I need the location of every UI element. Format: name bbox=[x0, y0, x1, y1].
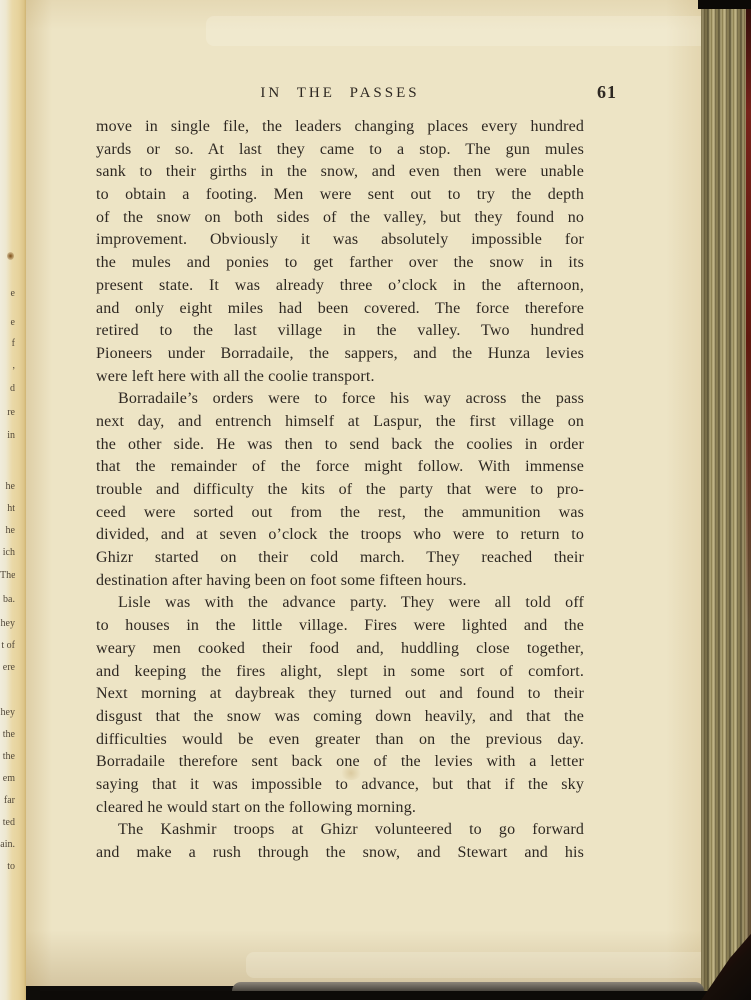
text-line: and only eight miles had been covered. T… bbox=[96, 298, 584, 321]
page-number: 61 bbox=[589, 82, 617, 103]
text-line: difficulties would be even greater than … bbox=[96, 729, 584, 752]
facing-page-text-fragment: The bbox=[0, 570, 15, 581]
scan-light-band bbox=[246, 952, 751, 978]
facing-page-text-fragment: hey bbox=[0, 707, 15, 718]
book-cover-edge bbox=[746, 0, 751, 620]
text-line: trouble and difficulty the kits of the p… bbox=[96, 479, 584, 502]
facing-page-text-fragment: ere bbox=[0, 662, 15, 673]
scan-light-band bbox=[206, 16, 751, 46]
text-line: that the remainder of the force might fo… bbox=[96, 456, 584, 479]
facing-page-text-fragment: d bbox=[0, 383, 15, 394]
text-line: sank to their girths in the snow, and ev… bbox=[96, 161, 584, 184]
text-line: divided, and at seven o’clock the troops… bbox=[96, 524, 584, 547]
text-line: the mules and ponies to get farther over… bbox=[96, 252, 584, 275]
text-line: improvement. Obviously it was absolutely… bbox=[96, 229, 584, 252]
facing-page-text-fragment: to bbox=[0, 861, 15, 872]
facing-page-edge: eef,dreinhehtheichTheba.heyt ofereheythe… bbox=[0, 0, 26, 1000]
bottom-shadow bbox=[40, 991, 751, 1000]
text-line: The Kashmir troops at Ghizr volunteered … bbox=[96, 819, 584, 842]
text-line: of the snow on both sides of the valley,… bbox=[96, 207, 584, 230]
text-line: weary men cooked their food and, huddlin… bbox=[96, 638, 584, 661]
book-scan: eef,dreinhehtheichTheba.heyt ofereheythe… bbox=[0, 0, 751, 1000]
text-line: Ghizr started on their cold march. They … bbox=[96, 547, 584, 570]
facing-page-text-fragment: he bbox=[0, 525, 15, 536]
facing-page-text-fragment: e bbox=[0, 317, 15, 328]
facing-page-text-fragment: the bbox=[0, 751, 15, 762]
text-line: present state. It was already three o’cl… bbox=[96, 275, 584, 298]
running-title: IN THE PASSES bbox=[96, 85, 584, 102]
text-line: move in single file, the leaders changin… bbox=[96, 116, 584, 139]
text-line: next day, and entrench himself at Laspur… bbox=[96, 411, 584, 434]
facing-page-text-fragment: hey bbox=[0, 618, 15, 629]
text-line: Pioneers under Borradaile, the sappers, … bbox=[96, 343, 584, 366]
facing-page-text-fragment: he bbox=[0, 481, 15, 492]
text-line: were left here with all the coolie trans… bbox=[96, 366, 584, 389]
text-line: destination after having been on foot so… bbox=[96, 570, 584, 593]
facing-page-text-fragment: em bbox=[0, 773, 15, 784]
text-line: yards or so. At last they came to a stop… bbox=[96, 139, 584, 162]
facing-page-text-fragment: , bbox=[0, 360, 15, 371]
text-line: the other side. He was then to send back… bbox=[96, 434, 584, 457]
facing-page-text-fragment: in bbox=[0, 430, 15, 441]
text-line: cleared he would start on the following … bbox=[96, 797, 584, 820]
page-text: move in single file, the leaders changin… bbox=[96, 116, 584, 865]
facing-page-text-fragment: ba. bbox=[0, 594, 15, 605]
facing-page-text-fragment: far bbox=[0, 795, 15, 806]
book-fore-edge bbox=[701, 0, 751, 1000]
top-shadow bbox=[698, 0, 751, 9]
text-line: retired to the last village in the valle… bbox=[96, 320, 584, 343]
text-line: and make a rush through the snow, and St… bbox=[96, 842, 584, 865]
facing-page-text-fragment: ht bbox=[0, 503, 15, 514]
facing-page-text-fragment: ich bbox=[0, 547, 15, 558]
text-line: Borradaile’s orders were to force his wa… bbox=[96, 388, 584, 411]
text-line: and keeping the fires alight, slept in s… bbox=[96, 661, 584, 684]
facing-page-text-fragment: ain. bbox=[0, 839, 15, 850]
text-line: Borradaile therefore sent back one of th… bbox=[96, 751, 584, 774]
facing-page-text-fragment: re bbox=[0, 407, 15, 418]
text-line: Next morning at daybreak they turned out… bbox=[96, 683, 584, 706]
facing-page-text-fragment: the bbox=[0, 729, 15, 740]
facing-page-text-fragment: ted bbox=[0, 817, 15, 828]
text-line: to obtain a footing. Men were sent out t… bbox=[96, 184, 584, 207]
text-line: ceed were sorted out from the rest, the … bbox=[96, 502, 584, 525]
text-line: disgust that the snow was coming down he… bbox=[96, 706, 584, 729]
text-line: saying that it was impossible to advance… bbox=[96, 774, 584, 797]
facing-page-text-fragment: t of bbox=[0, 640, 15, 651]
text-line: Lisle was with the advance party. They w… bbox=[96, 592, 584, 615]
facing-page-text-fragment: f bbox=[0, 338, 15, 349]
text-line: to houses in the little village. Fires w… bbox=[96, 615, 584, 638]
facing-page-text-fragment: e bbox=[0, 288, 15, 299]
